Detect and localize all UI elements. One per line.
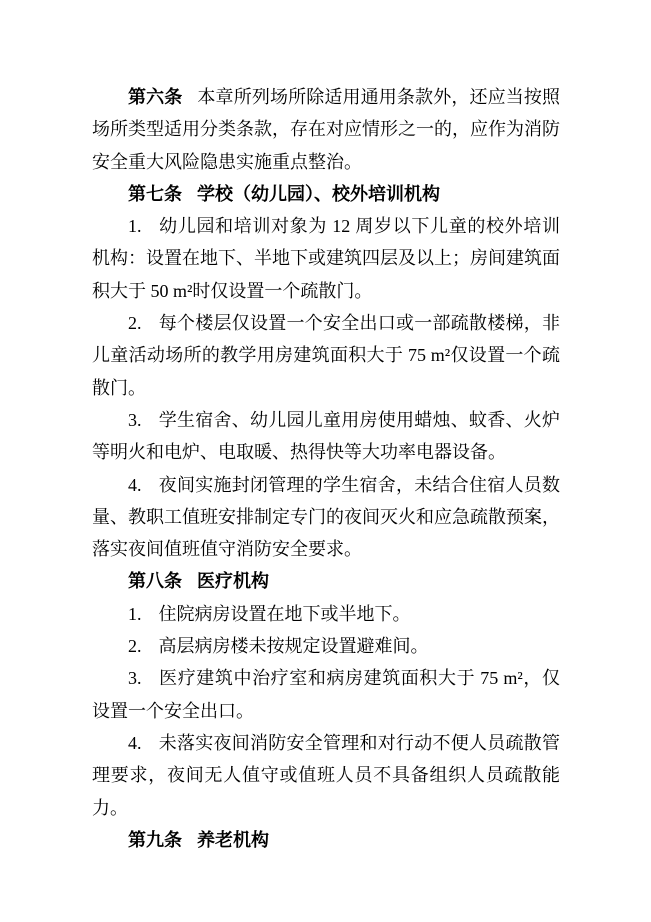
item-number: 2. <box>128 313 142 333</box>
item-text: 幼儿园和培训对象为 12 周岁以下儿童的校外培训机构：设置在地下、半地下或建筑四… <box>92 216 560 301</box>
item-number: 1. <box>128 604 142 624</box>
article-9-title: 养老机构 <box>197 830 269 850</box>
item-text: 学生宿舍、幼儿园儿童用房使用蜡烛、蚊香、火炉等明火和电炉、电取暖、热得快等大功率… <box>92 410 560 462</box>
article-7-item-1: 1.幼儿园和培训对象为 12 周岁以下儿童的校外培训机构：设置在地下、半地下或建… <box>92 210 560 307</box>
item-number: 4. <box>128 733 142 753</box>
item-number: 3. <box>128 668 142 688</box>
article-7-label: 第七条 <box>128 184 182 204</box>
item-number: 1. <box>128 216 142 236</box>
article-8-label: 第八条 <box>128 571 182 591</box>
item-text: 医疗建筑中治疗室和病房建筑面积大于 75 m²，仅设置一个安全出口。 <box>92 668 560 720</box>
item-text: 未落实夜间消防安全管理和对行动不便人员疏散管理要求，夜间无人值守或值班人员不具备… <box>92 733 560 818</box>
article-7-heading: 第七条学校（幼儿园）、校外培训机构 <box>92 178 560 210</box>
article-9-heading: 第九条养老机构 <box>92 824 560 856</box>
article-9-label: 第九条 <box>128 830 182 850</box>
item-number: 4. <box>128 475 142 495</box>
article-6-label: 第六条 <box>128 87 182 107</box>
item-text: 夜间实施封闭管理的学生宿舍，未结合住宿人员数量、教职工值班安排制定专门的夜间灭火… <box>92 475 560 560</box>
item-number: 2. <box>128 636 142 656</box>
article-7-title: 学校（幼儿园）、校外培训机构 <box>197 184 440 204</box>
article-8-item-3: 3.医疗建筑中治疗室和病房建筑面积大于 75 m²，仅设置一个安全出口。 <box>92 662 560 727</box>
article-8-heading: 第八条医疗机构 <box>92 565 560 597</box>
document-page: 第六条本章所列场所除适用通用条款外，还应当按照场所类型适用分类条款，存在对应情形… <box>0 0 651 922</box>
item-text: 住院病房设置在地下或半地下。 <box>159 604 411 624</box>
item-number: 3. <box>128 410 142 430</box>
article-7-item-2: 2.每个楼层仅设置一个安全出口或一部疏散楼梯，非儿童活动场所的教学用房建筑面积大… <box>92 307 560 404</box>
article-8-title: 医疗机构 <box>197 571 269 591</box>
article-8-item-4: 4.未落实夜间消防安全管理和对行动不便人员疏散管理要求，夜间无人值守或值班人员不… <box>92 727 560 824</box>
item-text: 每个楼层仅设置一个安全出口或一部疏散楼梯，非儿童活动场所的教学用房建筑面积大于 … <box>92 313 560 398</box>
article-6-paragraph: 第六条本章所列场所除适用通用条款外，还应当按照场所类型适用分类条款，存在对应情形… <box>92 81 560 178</box>
item-text: 高层病房楼未按规定设置避难间。 <box>159 636 429 656</box>
article-8-item-1: 1.住院病房设置在地下或半地下。 <box>92 598 560 630</box>
article-7-item-3: 3.学生宿舍、幼儿园儿童用房使用蜡烛、蚊香、火炉等明火和电炉、电取暖、热得快等大… <box>92 404 560 469</box>
article-8-item-2: 2.高层病房楼未按规定设置避难间。 <box>92 630 560 662</box>
article-7-item-4: 4.夜间实施封闭管理的学生宿舍，未结合住宿人员数量、教职工值班安排制定专门的夜间… <box>92 469 560 566</box>
